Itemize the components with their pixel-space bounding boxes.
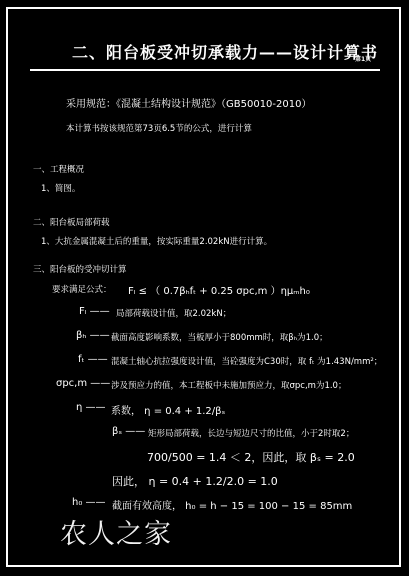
def-eta-text: 系数， η = 0.4 + 1.2/βₛ	[111, 402, 225, 417]
section-3-heading: 三、阳台板的受冲切计算	[33, 263, 127, 275]
def-fl-text: 局部荷载设计值，取2.02kN；	[116, 307, 231, 319]
formula-label: 要求满足公式：	[52, 283, 112, 295]
calc-beta-s: 700/500 = 1.4 ＜ 2，因此，取 βₛ = 2.0	[147, 449, 355, 465]
watermark: 农人之家	[60, 512, 172, 551]
section-1-item-1: 1、简图。	[41, 182, 80, 194]
calc-eta: 因此， η = 0.4 + 1.2/2.0 = 1.0	[112, 473, 278, 489]
document-title: 二、阳台板受冲切承载力——设计计算书	[72, 40, 378, 63]
def-fl-symbol: Fₗ ——	[79, 306, 110, 317]
def-beta-h-text: 截面高度影响系数，当板厚小于800mm时，取βₕ为1.0；	[111, 331, 328, 343]
def-beta-s-symbol: βₛ ——	[112, 426, 145, 437]
def-ft-symbol: fₜ ——	[78, 354, 108, 365]
def-beta-h-symbol: βₕ ——	[76, 330, 110, 341]
def-h0-symbol: h₀ ——	[72, 497, 106, 508]
title-underline	[30, 69, 380, 71]
def-sigma-symbol: σpc,m ——	[56, 378, 110, 389]
section-2-heading: 二、阳台板局部荷载	[33, 216, 110, 228]
calculation-basis: 本计算书按该规范第73页6.5节的公式，进行计算	[66, 122, 252, 134]
def-h0-text: 截面有效高度， h₀ = h − 15 = 100 − 15 = 85mm	[112, 497, 352, 512]
code-reference: 采用规范：《混凝土结构设计规范》（GB50010-2010）	[66, 95, 311, 110]
page-number: 第1页	[355, 54, 371, 63]
def-sigma-text: 涉及预应力的值，本工程板中未施加预应力，取σpc,m为1.0；	[111, 379, 346, 391]
def-eta-symbol: η ——	[76, 402, 106, 413]
formula-expression: Fₗ ≤ （ 0.7βₕfₜ + 0.25 σpc,m ）ηµₘh₀	[128, 282, 310, 297]
def-beta-s-text: 矩形局部荷载，长边与短边尺寸的比值，小于2时取2；	[148, 427, 354, 439]
def-ft-text: 混凝土轴心抗拉强度设计值，当砼强度为C30时，取 fₜ 为1.43N/mm²；	[111, 355, 382, 367]
section-2-item-1: 1、大抗金属混凝土后的重量，按实际重量2.02kN进行计算。	[41, 235, 272, 247]
section-1-heading: 一、工程概况	[33, 163, 84, 175]
